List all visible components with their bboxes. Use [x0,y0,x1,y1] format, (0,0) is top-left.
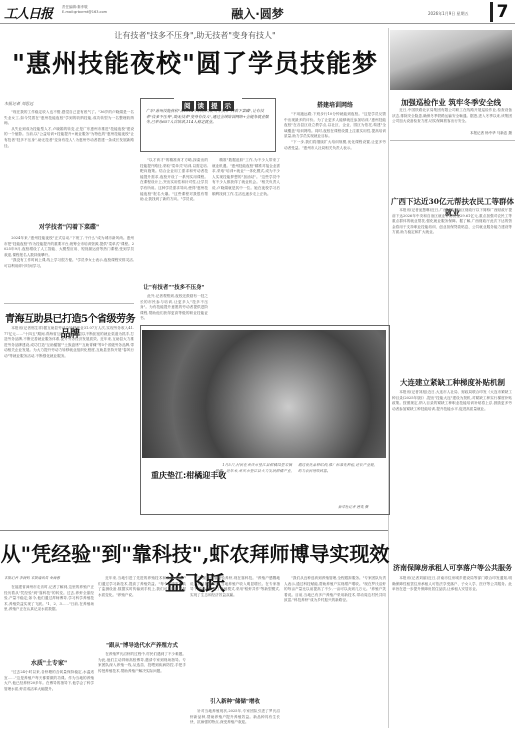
paragraph: "我没有工作时间上课,线上学习很方便。"学员李女士表示,夜校课程安排灵活,可以利… [4,258,134,269]
bottom-col1-text-b: "过去24小时以来,各虾塘的含氧量保持稳定,水温适宜……"这是养殖户每天都要做的… [4,670,94,746]
paragraph: 本报讯(记者刘丽)近日,济南市住房城乡建设局等部门联合印发通知,明确保障性租赁住… [392,576,512,593]
paragraph: 本报讯(记者庞慧琳)近日,广西壮族自治区财政厅以下简称广西财政厅提前下达2026… [392,208,512,236]
paragraph: 此外,记者观察到,夜校还鼓励有一技之长的市民参与培训,让更多人"技多不压身"。为… [140,294,208,320]
paragraph: "过去24小时以来,各虾塘的含氧量保持稳定,水温适宜……"这是养殖户每天都要做的… [4,670,94,692]
orange-harvest-photo [142,330,386,458]
paragraph: "不用跑远路,下班步行10分钟就能到夜校。"这是学员反馈中出现最多的评价。为了让… [284,112,386,140]
bottom-col4-text: "我们从良种选育到养殖管理,全程跟踪服务。"专家团队负责人表示,通过科技赋能,帮… [284,576,386,746]
bottom-subhead-1: 水质"土专家" [4,658,94,667]
side-news-headline: 加强巡检作业 筑牢冬季安全线 [390,97,512,108]
lead-headline: "惠州技能夜校"圆了学员技能梦 [0,44,390,80]
paragraph: "现在我的工作稳定收入也不错,感觉自己更有底气了。"36岁的卢晓娟是一名失业女工… [4,110,134,127]
paragraph: "下一步,我们将继续扩大培训规模,优化课程设置,让更多劳动者受益。"惠州市人社局… [284,140,386,151]
side-news-headline: 济南保障房承租人可享落户等公共服务 [390,563,515,573]
paragraph: "以才育才"的精准育才方略,探索出的技能提升路径,采取"菜单式"培训,以需定培,… [140,158,208,203]
feature-text: 本报讯(记者邢生祥)据互助县劳动力转移就业31.07万人次,实现劳务收入41.7… [4,326,134,526]
lead-col1-text-b: 2024年来,"惠州技能夜校"正式启动,"下班了,干什么"成为城市新风尚。惠州市… [4,236,134,298]
paragraph: 近年来,当地引进了先进的养殖技术和设备,养殖户们通过学习新技术,提高了养殖效益。… [98,576,186,598]
bottom-subhead-3: 引入新种"储储"增收 [190,697,280,705]
paragraph: "以前我们靠经验养虾,现在靠科技。"养殖户感慨地说。项目推进以来,当地养殖户收入… [190,576,280,598]
bottom-col3-text-b: 针对当地养殖现状,2025年,专家团队引进了罗氏沼虾新品种,帮助养殖户提升养殖效… [190,709,280,746]
lead-subhead-network: 搭建培训网络 [284,100,386,109]
issue-date: 2026年1月9日 星期五 [428,11,469,17]
paragraph: 本报讯(记者邢生祥)据互助县劳动力转移就业31.07万人次,实现劳务收入41.7… [4,326,134,360]
paragraph: "我们从良种选育到养殖管理,全程跟踪服务。"专家团队负责人表示,通过科技赋能,帮… [284,576,386,604]
side-news-text: 本报讯(记者庞慧琳)近日,广西壮族自治区财政厅以下简称广西财政厅提前下达2026… [392,208,512,368]
bottom-col1-text: 在福建省漳州市走访时,记者了解到,这里的养殖户正经历着从"凭经验"到"靠科技"的… [4,585,94,655]
bottom-col2-text: 近年来,当地引进了先进的养殖技术和设备,养殖户们通过学习新技术,提高了养殖效益。… [98,576,186,638]
railway-inspection-photo [390,30,512,90]
side-news-text: 本报讯(记者刘丽)近日,济南市住房城乡建设局等部门联合印发通知,明确保障性租赁住… [392,576,512,746]
photo-story-text: 1月5日,村民在重庆市垫江县柑橘园里采摘柑橘。近年来,重庆市垫江县大力发展柑橘产… [215,463,375,503]
reading-tips-body: 广东"惠州技能夜校"自2024年启动以来,对学技者"闪着下菜碟",让有技者"技多… [146,108,270,125]
lead-subhead-2: 让"有技者""技多不压身" [136,283,212,291]
paragraph: 在福建省漳州市走访时,记者了解到,这里的养殖户正经历着从"凭经验"到"靠科技"的… [4,585,94,613]
paragraph: 在养殖罗氏沼虾的过程中,村民们遇到了不少难题。为此,他们主动拜师高校博导,邀请专… [98,652,186,674]
side-news-headline: 大连建立紧缺工种梯度补贴机制 [390,377,515,388]
paragraph: 近日,中国铁路北京局集团有限公司职工在线路开展巡检作业,检查设备状态,排除安全隐… [392,108,512,125]
side-news-text: 本报讯(记者刘旭)近日,大连市人社局、财政局联合印发《大连市紧缺工种目录(202… [392,390,512,560]
bottom-subhead-2: "跟从"博导迭代水产养殖方式 [98,641,186,649]
paragraph: 针对当地养殖现状,2025年,专家团队引进了罗氏沼虾新品种,帮助养殖户提升养殖效… [190,709,280,726]
divider [4,303,134,304]
lead-kicker: 让有技者"技多不压身",助无技者"变身有技人" [0,30,390,41]
side-news-byline: 本报记者 杨中华 马新忠 摄 [470,131,512,136]
lead-subhead-1: 对学技者"闪着下菜碟" [4,222,134,231]
lead-col3-text: 精准"数据追踪"工作,为不少人带来了就业机遇。"惠州技能夜校"精准对接企业需求,… [212,158,280,318]
paragraph: 本报讯(记者刘旭)近日,大连市人社局、财政局联合印发《大连市紧缺工种目录(202… [392,390,512,412]
bottom-col2-text-b: 在养殖罗氏沼虾的过程中,村民们遇到了不少难题。为此,他们主动拜师高校博导,邀请专… [98,652,186,746]
reading-tips-title: 阅读提示 [174,93,242,104]
bottom-byline: 本报记者 李润钊 本报通讯员 金海蓉 [4,576,60,581]
divider [390,140,515,141]
bottom-col3-text: "以前我们靠经验养虾,现在靠科技。"养殖户感慨地说。项目推进以来,当地养殖户收入… [190,576,280,676]
paragraph: 2024年来,"惠州技能夜校"正式启动,"下班了,干什么"成为城市新风尚。惠州市… [4,236,134,258]
lead-col4-text: "不用跑远路,下班步行10分钟就能到夜校。"这是学员反馈中出现最多的评价。为了让… [284,112,386,282]
paragraph: 精准"数据追踪"工作,为不少人带来了就业机遇。"惠州技能夜校"精准对接企业需求,… [212,158,280,197]
page-number: 7 [490,2,512,22]
lead-col2-text-b: 此外,记者观察到,夜校还鼓励有一技之长的市民参与培训,让更多人"技多不压身"。为… [140,294,208,320]
lead-byline: 本报记者 刘思远 [4,101,33,107]
lead-col1-text: "现在我的工作稳定收入也不错,感觉自己更有底气了。"36岁的卢晓娟是一名失业女工… [4,110,134,217]
photo-byline: 新华社记者 唐奕 摄 [338,505,368,510]
lead-col2-text: "以才育才"的精准育才方略,探索出的技能提升路径,采取"菜单式"培训,以需定培,… [140,158,208,270]
paragraph: 从失业到成为技能型人才,卢晓娟的转变,正是广东惠州市推进"技能夜校"建设的一个缩… [4,127,134,149]
paragraph: 1月5日,村民在重庆市垫江县柑橘园里采摘柑橘。近年来,重庆市垫江县大力发展柑橘产… [215,463,375,474]
divider [0,530,388,531]
